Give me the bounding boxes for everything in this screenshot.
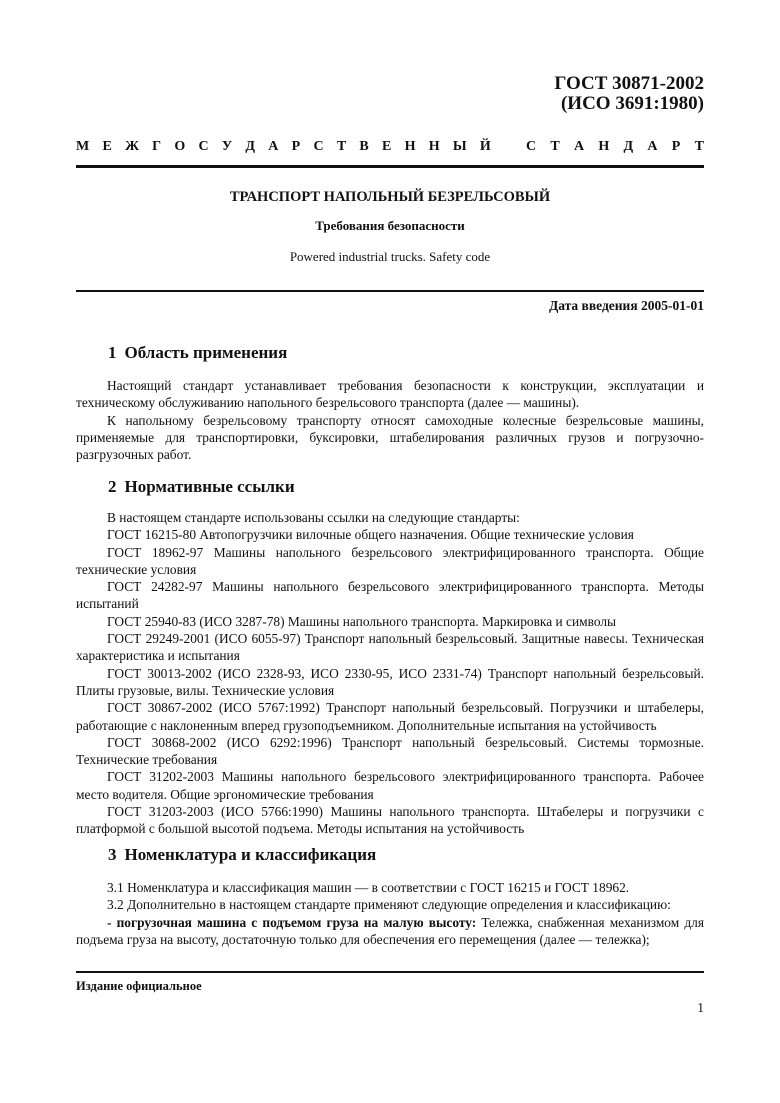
banner-letter: А bbox=[574, 139, 584, 155]
banner-letter: Д bbox=[623, 139, 633, 155]
section-title: Область применения bbox=[125, 343, 288, 362]
section-3-heading: 3Номенклатура и классификация bbox=[108, 845, 376, 865]
banner-letter: Т bbox=[337, 139, 346, 155]
section-number: 2 bbox=[108, 477, 117, 496]
reference-item: ГОСТ 24282-97 Машины напольного безрельс… bbox=[76, 578, 704, 613]
english-title: Powered industrial trucks. Safety code bbox=[0, 249, 780, 265]
reference-item: ГОСТ 29249-2001 (ИСО 6055-97) Транспорт … bbox=[76, 630, 704, 665]
section-number: 3 bbox=[108, 845, 117, 864]
paragraph: 3.2 Дополнительно в настоящем стандарте … bbox=[76, 896, 704, 913]
banner-letter: Г bbox=[152, 139, 161, 155]
banner-letter: Е bbox=[102, 139, 111, 155]
section-3-body: 3.1 Номенклатура и классификация машин —… bbox=[76, 879, 704, 948]
banner-letter: Т bbox=[695, 139, 704, 155]
reference-item: ГОСТ 30013-2002 (ИСО 2328-93, ИСО 2330-9… bbox=[76, 665, 704, 700]
official-edition-label: Издание официальное bbox=[76, 979, 202, 994]
iso-number: (ИСО 3691:1980) bbox=[554, 94, 704, 114]
banner-letter: Т bbox=[550, 139, 559, 155]
banner-letter: Р bbox=[672, 139, 681, 155]
page-number: 1 bbox=[697, 1000, 704, 1016]
gost-number: ГОСТ 30871-2002 bbox=[554, 74, 704, 94]
section-number: 1 bbox=[108, 343, 117, 362]
header-rule bbox=[76, 165, 704, 168]
banner-letter: А bbox=[647, 139, 657, 155]
section-title: Номенклатура и классификация bbox=[125, 845, 377, 864]
reference-item: ГОСТ 30868-2002 (ИСО 6292:1996) Транспор… bbox=[76, 734, 704, 769]
section-2-heading: 2Нормативные ссылки bbox=[108, 477, 295, 497]
introduction-date: Дата введения 2005-01-01 bbox=[549, 298, 704, 314]
footer-rule bbox=[76, 971, 704, 973]
banner-letter: С bbox=[198, 139, 208, 155]
title-rule bbox=[76, 290, 704, 292]
banner-letter: Ы bbox=[453, 139, 467, 155]
paragraph: К напольному безрельсовому транспорту от… bbox=[76, 412, 704, 464]
reference-item: ГОСТ 18962-97 Машины напольного безрельс… bbox=[76, 544, 704, 579]
banner-letter: Н bbox=[429, 139, 440, 155]
section-1-heading: 1Область применения bbox=[108, 343, 287, 363]
document-page: ГОСТ 30871-2002 (ИСО 3691:1980) МЕЖГОСУД… bbox=[0, 0, 780, 1103]
banner-letter: С bbox=[526, 139, 536, 155]
banner-word-standard: СТАНДАРТ bbox=[526, 139, 704, 155]
definition-term: - погрузочная машина с подъемом груза на… bbox=[107, 915, 476, 930]
banner-letter: А bbox=[268, 139, 278, 155]
banner-letter: Е bbox=[382, 139, 391, 155]
reference-item: ГОСТ 16215-80 Автопогрузчики вилочные об… bbox=[76, 526, 704, 543]
banner-letter: Р bbox=[292, 139, 301, 155]
reference-item: ГОСТ 30867-2002 (ИСО 5767:1992) Транспор… bbox=[76, 699, 704, 734]
banner-letter: Н bbox=[598, 139, 609, 155]
banner-letter: Н bbox=[405, 139, 416, 155]
document-subtitle: Требования безопасности bbox=[0, 218, 780, 234]
paragraph: 3.1 Номенклатура и классификация машин —… bbox=[76, 879, 704, 896]
reference-item: ГОСТ 31202-2003 Машины напольного безрел… bbox=[76, 768, 704, 803]
banner-word-interstate: МЕЖГОСУДАРСТВЕННЫЙ bbox=[76, 139, 491, 155]
banner-letter: М bbox=[76, 139, 89, 155]
banner-letter: Ж bbox=[125, 139, 139, 155]
references-lead: В настоящем стандарте использованы ссылк… bbox=[76, 509, 704, 526]
banner-letter: В bbox=[359, 139, 368, 155]
definition-item: - погрузочная машина с подъемом груза на… bbox=[76, 914, 704, 949]
banner-letter: С bbox=[313, 139, 323, 155]
banner-letter: Д bbox=[245, 139, 255, 155]
document-title: ТРАНСПОРТ НАПОЛЬНЫЙ БЕЗРЕЛЬСОВЫЙ bbox=[0, 189, 780, 206]
banner-letter: О bbox=[174, 139, 185, 155]
banner-letter: У bbox=[222, 139, 232, 155]
section-2-body: В настоящем стандарте использованы ссылк… bbox=[76, 509, 704, 838]
reference-item: ГОСТ 31203-2003 (ИСО 5766:1990) Машины н… bbox=[76, 803, 704, 838]
section-title: Нормативные ссылки bbox=[125, 477, 295, 496]
paragraph: Настоящий стандарт устанавливает требова… bbox=[76, 377, 704, 412]
section-1-body: Настоящий стандарт устанавливает требова… bbox=[76, 377, 704, 463]
banner-letter: Й bbox=[480, 139, 491, 155]
reference-item: ГОСТ 25940-83 (ИСО 3287-78) Машины напол… bbox=[76, 613, 704, 630]
standard-designation: ГОСТ 30871-2002 (ИСО 3691:1980) bbox=[554, 74, 704, 114]
interstate-standard-banner: МЕЖГОСУДАРСТВЕННЫЙ СТАНДАРТ bbox=[76, 137, 704, 157]
